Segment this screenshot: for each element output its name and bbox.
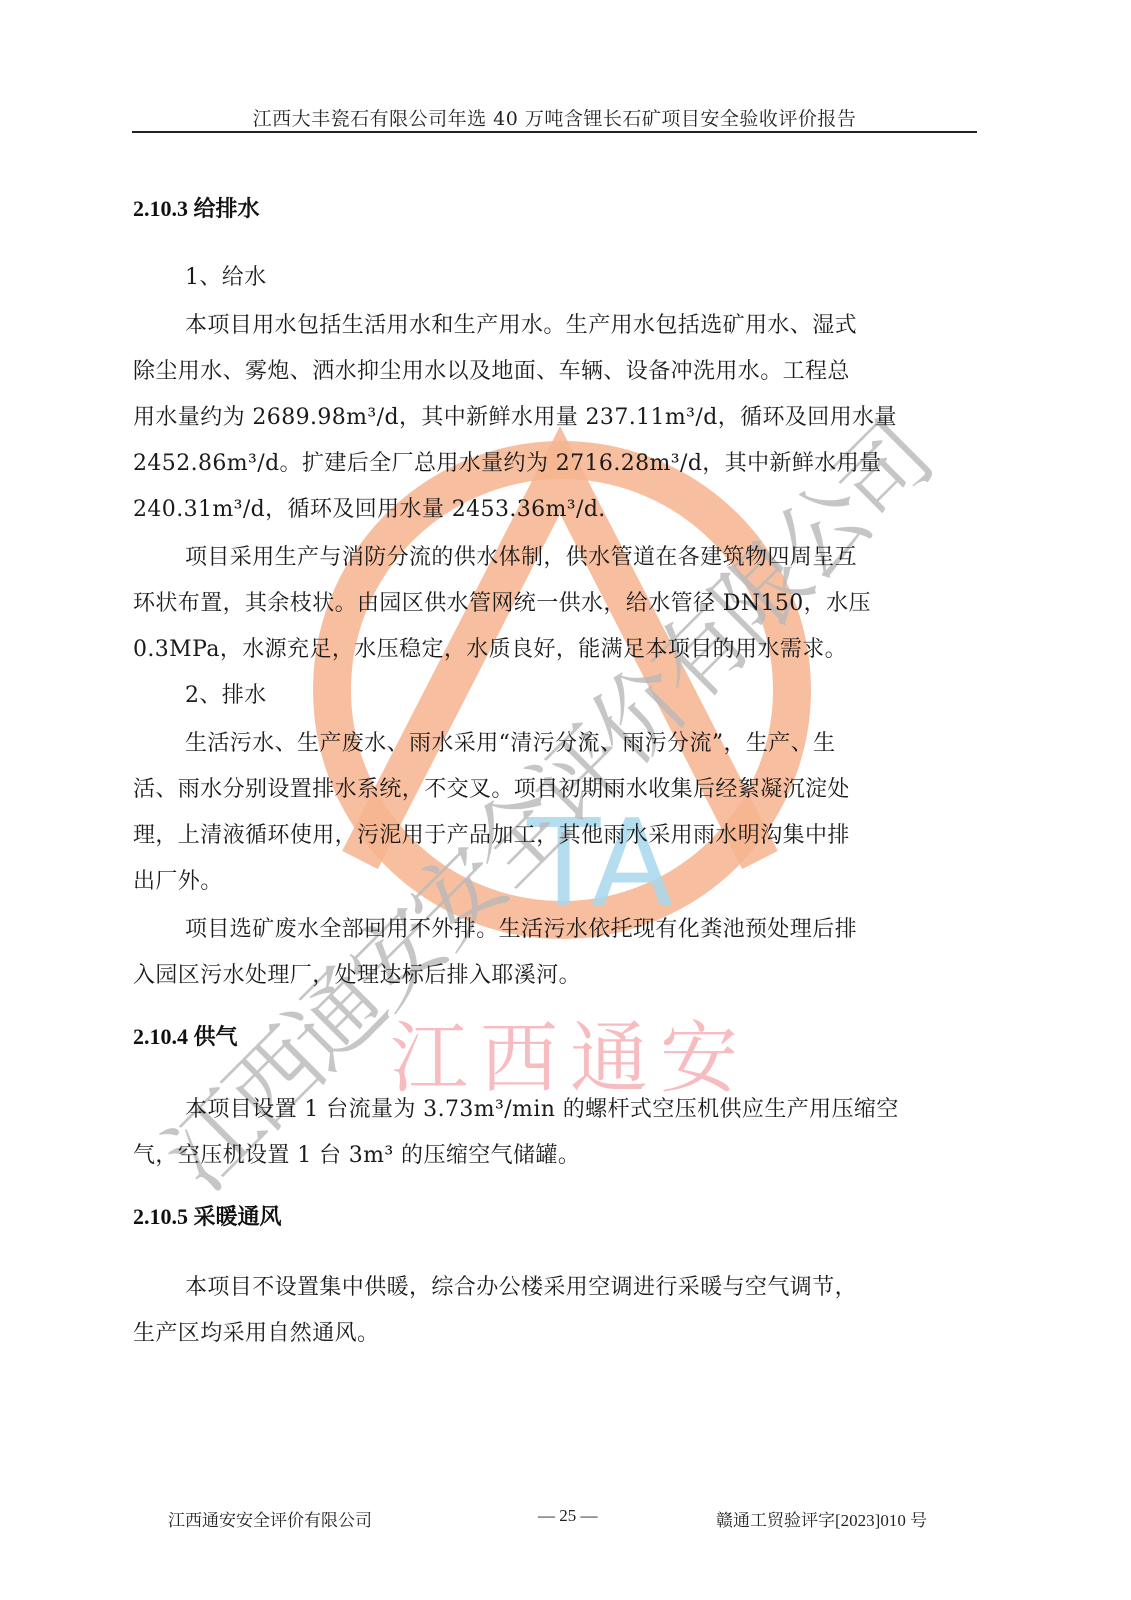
paragraph-line: 本项目不设置集中供暖，综合办公楼采用空调进行采暖与空气调节， — [185, 1270, 857, 1301]
paragraph-line: 生产区均采用自然通风。 — [133, 1316, 379, 1347]
subsection-label-water-supply: 1、给水 — [185, 260, 267, 291]
paragraph-line: 项目选矿废水全部回用不外排。生活污水依托现有化粪池预处理后排 — [185, 912, 857, 943]
paragraph-line: 2452.86m³/d。扩建后全厂总用水量约为 2716.28m³/d，其中新鲜… — [133, 446, 882, 477]
footer-page-number: — 25 — — [538, 1506, 598, 1526]
footer-company: 江西通安安全评价有限公司 — [168, 1506, 372, 1531]
paragraph-line: 用水量约为 2689.98m³/d，其中新鲜水用量 237.11m³/d，循环及… — [133, 400, 897, 431]
paragraph-line: 本项目用水包括生活用水和生产用水。生产用水包括选矿用水、湿式 — [185, 308, 857, 339]
paragraph-line: 气，空压机设置 1 台 3m³ 的压缩空气储罐。 — [133, 1138, 580, 1169]
paragraph-line: 本项目设置 1 台流量为 3.73m³/min 的螺杆式空压机供应生产用压缩空 — [185, 1092, 899, 1123]
paragraph-line: 入园区污水处理厂，处理达标后排入耶溪河。 — [133, 958, 581, 989]
paragraph-line: 理，上清液循环使用，污泥用于产品加工，其他雨水采用雨水明沟集中排 — [133, 818, 850, 849]
footer-doc-number: 赣通工贸验评字[2023]010 号 — [716, 1506, 927, 1531]
section-heading-2-10-5: 2.10.5 采暖通风 — [133, 1200, 282, 1231]
paragraph-line: 环状布置，其余枝状。由园区供水管网统一供水，给水管径 DN150，水压 — [133, 586, 871, 617]
watermark-center-text: 江西通安 — [390, 1014, 750, 1104]
paragraph-line: 项目采用生产与消防分流的供水体制，供水管道在各建筑物四周呈互 — [185, 540, 857, 571]
watermark-logo-icon: TA — [332, 460, 792, 934]
watermark-diagonal-text: 江西通安安全评价有限公司 — [145, 405, 950, 1210]
paragraph-line: 活、雨水分别设置排水系统，不交叉。项目初期雨水收集后经絮凝沉淀处 — [133, 772, 850, 803]
paragraph-line: 240.31m³/d，循环及回用水量 2453.36m³/d. — [133, 492, 606, 523]
section-heading-2-10-3: 2.10.3 给排水 — [133, 192, 260, 223]
header-divider — [132, 131, 977, 133]
subsection-label-drainage: 2、排水 — [185, 678, 267, 709]
paragraph-line: 出厂外。 — [133, 864, 223, 895]
page-header: 江西大丰瓷石有限公司年选 40 万吨含锂长石矿项目安全验收评价报告 — [132, 104, 977, 131]
paragraph-line: 除尘用水、雾炮、洒水抑尘用水以及地面、车辆、设备冲洗用水。工程总 — [133, 354, 850, 385]
section-heading-2-10-4: 2.10.4 供气 — [133, 1020, 238, 1051]
paragraph-line: 0.3MPa，水源充足，水压稳定，水质良好，能满足本项目的用水需求。 — [133, 632, 847, 663]
paragraph-line: 生活污水、生产废水、雨水采用“清污分流、雨污分流”，生产、生 — [185, 726, 836, 757]
